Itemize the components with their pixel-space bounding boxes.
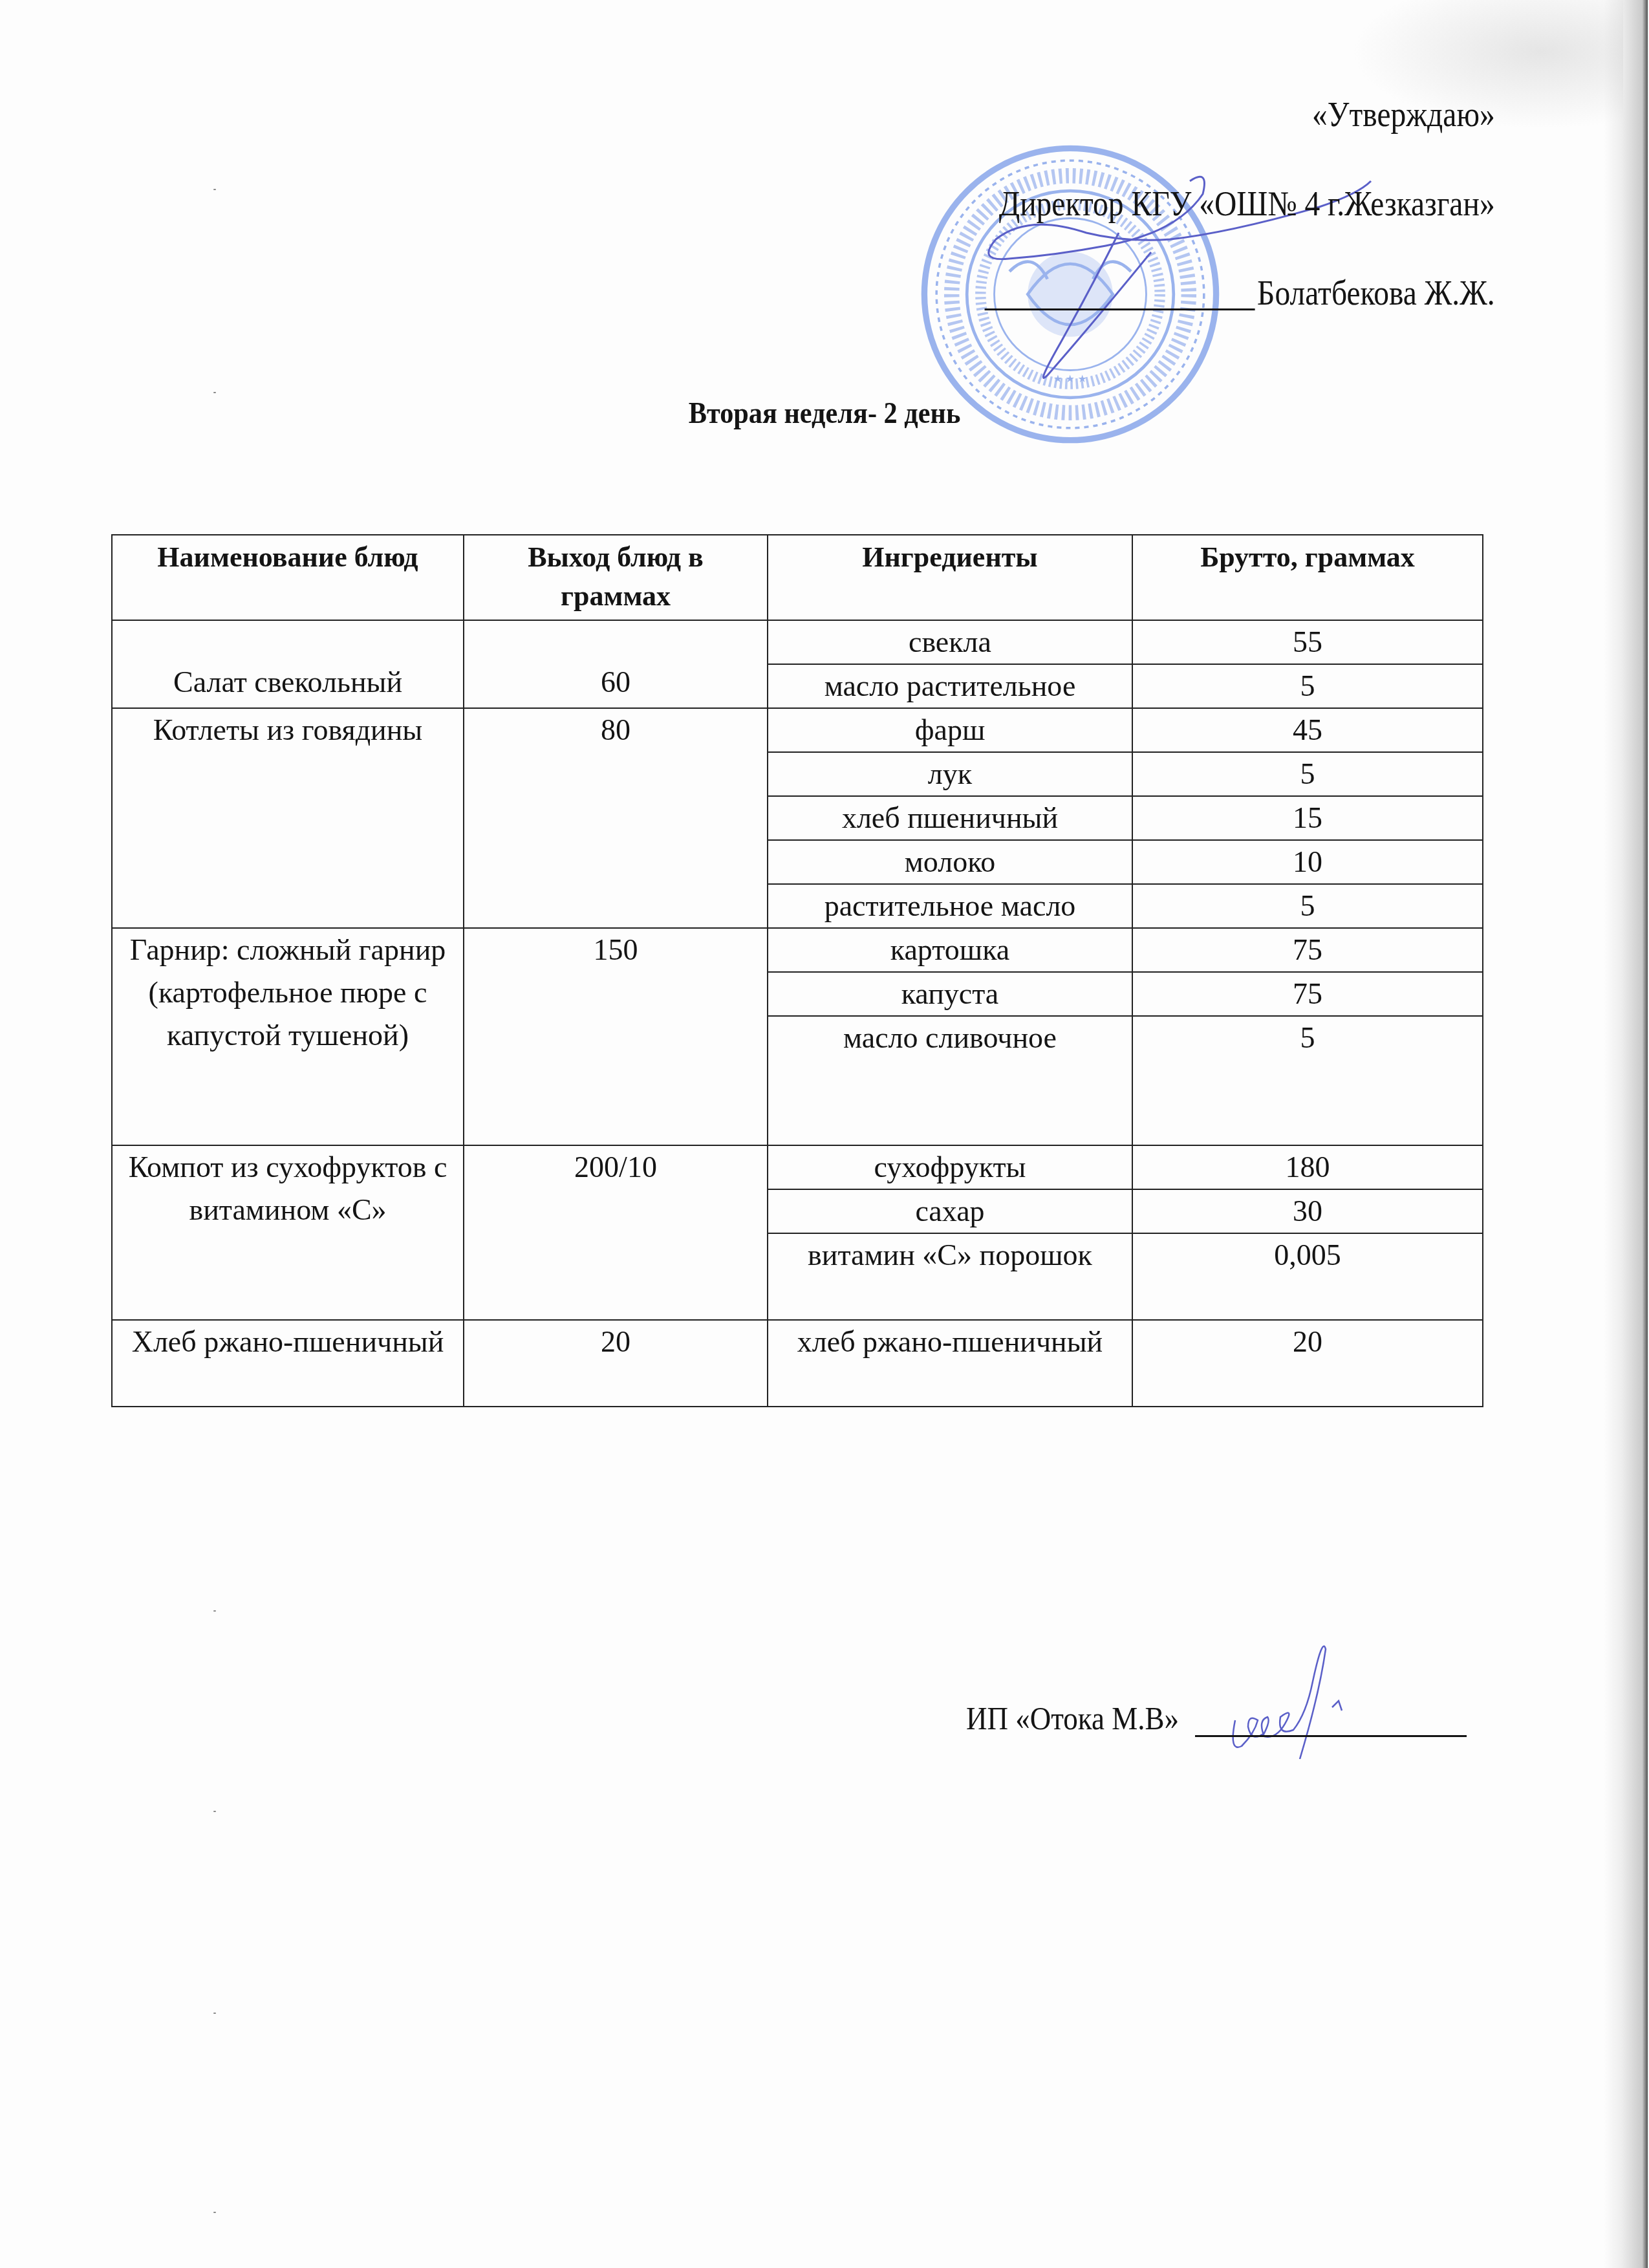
dish-yield: 20 (464, 1320, 768, 1407)
supplier-signature-block: ИП «Отока М.В» (966, 1700, 1467, 1737)
ingredient-gross: 0,005 (1132, 1233, 1483, 1320)
ingredient-gross: 5 (1132, 664, 1483, 708)
ingredient-name: капуста (768, 972, 1132, 1016)
scan-speck (213, 392, 216, 393)
ingredient-name: лук (768, 752, 1132, 796)
ingredient-name: хлеб пшеничный (768, 796, 1132, 840)
ingredient-name: фарш (768, 708, 1132, 752)
dish-name: Компот из сухофруктов с витамином «С» (112, 1145, 464, 1320)
ingredient-gross: 75 (1132, 972, 1483, 1016)
supplier-signature-blank (1195, 1709, 1467, 1737)
ingredient-name: картошка (768, 928, 1132, 972)
table-row: Салат свекольный60свекла55 (112, 620, 1483, 664)
table-row: Компот из сухофруктов с витамином «С»200… (112, 1145, 1483, 1189)
signature-blank (985, 280, 1255, 310)
menu-table-body: Салат свекольный60свекла55масло растител… (112, 620, 1483, 1407)
table-header-row: Наименование блюд Выход блюд в граммах И… (112, 535, 1483, 620)
approval-label: «Утверждаю» (985, 97, 1495, 132)
ingredient-name: сахар (768, 1189, 1132, 1233)
dish-yield: 150 (464, 928, 768, 1145)
ingredient-name: масло сливочное (768, 1016, 1132, 1145)
page-title: Вторая неделя- 2 день (66, 396, 1583, 430)
ingredient-gross: 5 (1132, 1016, 1483, 1145)
dish-name: Салат свекольный (112, 620, 464, 708)
ingredient-gross: 45 (1132, 708, 1483, 752)
ingredient-name: масло растительное (768, 664, 1132, 708)
dish-name: Хлеб ржано-пшеничный (112, 1320, 464, 1407)
scan-speck (213, 1610, 216, 1612)
dish-name: Гарнир: сложный гарнир (картофельное пюр… (112, 928, 464, 1145)
scan-speck (213, 1811, 216, 1812)
ingredient-name: свекла (768, 620, 1132, 664)
ingredient-name: сухофрукты (768, 1145, 1132, 1189)
supplier-signature (1229, 1630, 1423, 1759)
scan-speck (213, 189, 216, 190)
table-row: Гарнир: сложный гарнир (картофельное пюр… (112, 928, 1483, 972)
menu-table: Наименование блюд Выход блюд в граммах И… (111, 534, 1483, 1407)
header-yield: Выход блюд в граммах (464, 535, 768, 620)
director-position: Директор КГУ «ОШ№ 4 г.Жезказган» (985, 186, 1495, 221)
header-gross: Брутто, граммах (1132, 535, 1483, 620)
svg-text:★ ★ ★: ★ ★ ★ (1053, 373, 1087, 385)
supplier-name: ИП «Отока М.В» (966, 1700, 1179, 1737)
dish-name: Котлеты из говядины (112, 708, 464, 928)
ingredient-gross: 5 (1132, 884, 1483, 928)
header-ingredients: Ингредиенты (768, 535, 1132, 620)
ingredient-name: витамин «С» порошок (768, 1233, 1132, 1320)
table-row: Котлеты из говядины80фарш45 (112, 708, 1483, 752)
scan-speck (213, 2013, 216, 2014)
ingredient-gross: 10 (1132, 840, 1483, 884)
dish-yield: 60 (464, 620, 768, 708)
ingredient-name: растительное масло (768, 884, 1132, 928)
scan-speck (213, 2212, 216, 2213)
approval-block: «Утверждаю» Директор КГУ «ОШ№ 4 г.Жезказ… (985, 97, 1495, 310)
header-dish-name: Наименование блюд (112, 535, 464, 620)
director-signature-line: Болатбекова Ж.Ж. (985, 275, 1495, 310)
ingredient-gross: 5 (1132, 752, 1483, 796)
director-name: Болатбекова Ж.Ж. (1257, 275, 1495, 310)
ingredient-gross: 30 (1132, 1189, 1483, 1233)
dish-yield: 200/10 (464, 1145, 768, 1320)
scan-edge-shadow (1604, 0, 1649, 2268)
ingredient-gross: 180 (1132, 1145, 1483, 1189)
ingredient-gross: 20 (1132, 1320, 1483, 1407)
table-row: Хлеб ржано-пшеничный20хлеб ржано-пшеничн… (112, 1320, 1483, 1407)
ingredient-gross: 55 (1132, 620, 1483, 664)
ingredient-gross: 75 (1132, 928, 1483, 972)
ingredient-name: молоко (768, 840, 1132, 884)
dish-yield: 80 (464, 708, 768, 928)
ingredient-gross: 15 (1132, 796, 1483, 840)
ingredient-name: хлеб ржано-пшеничный (768, 1320, 1132, 1407)
